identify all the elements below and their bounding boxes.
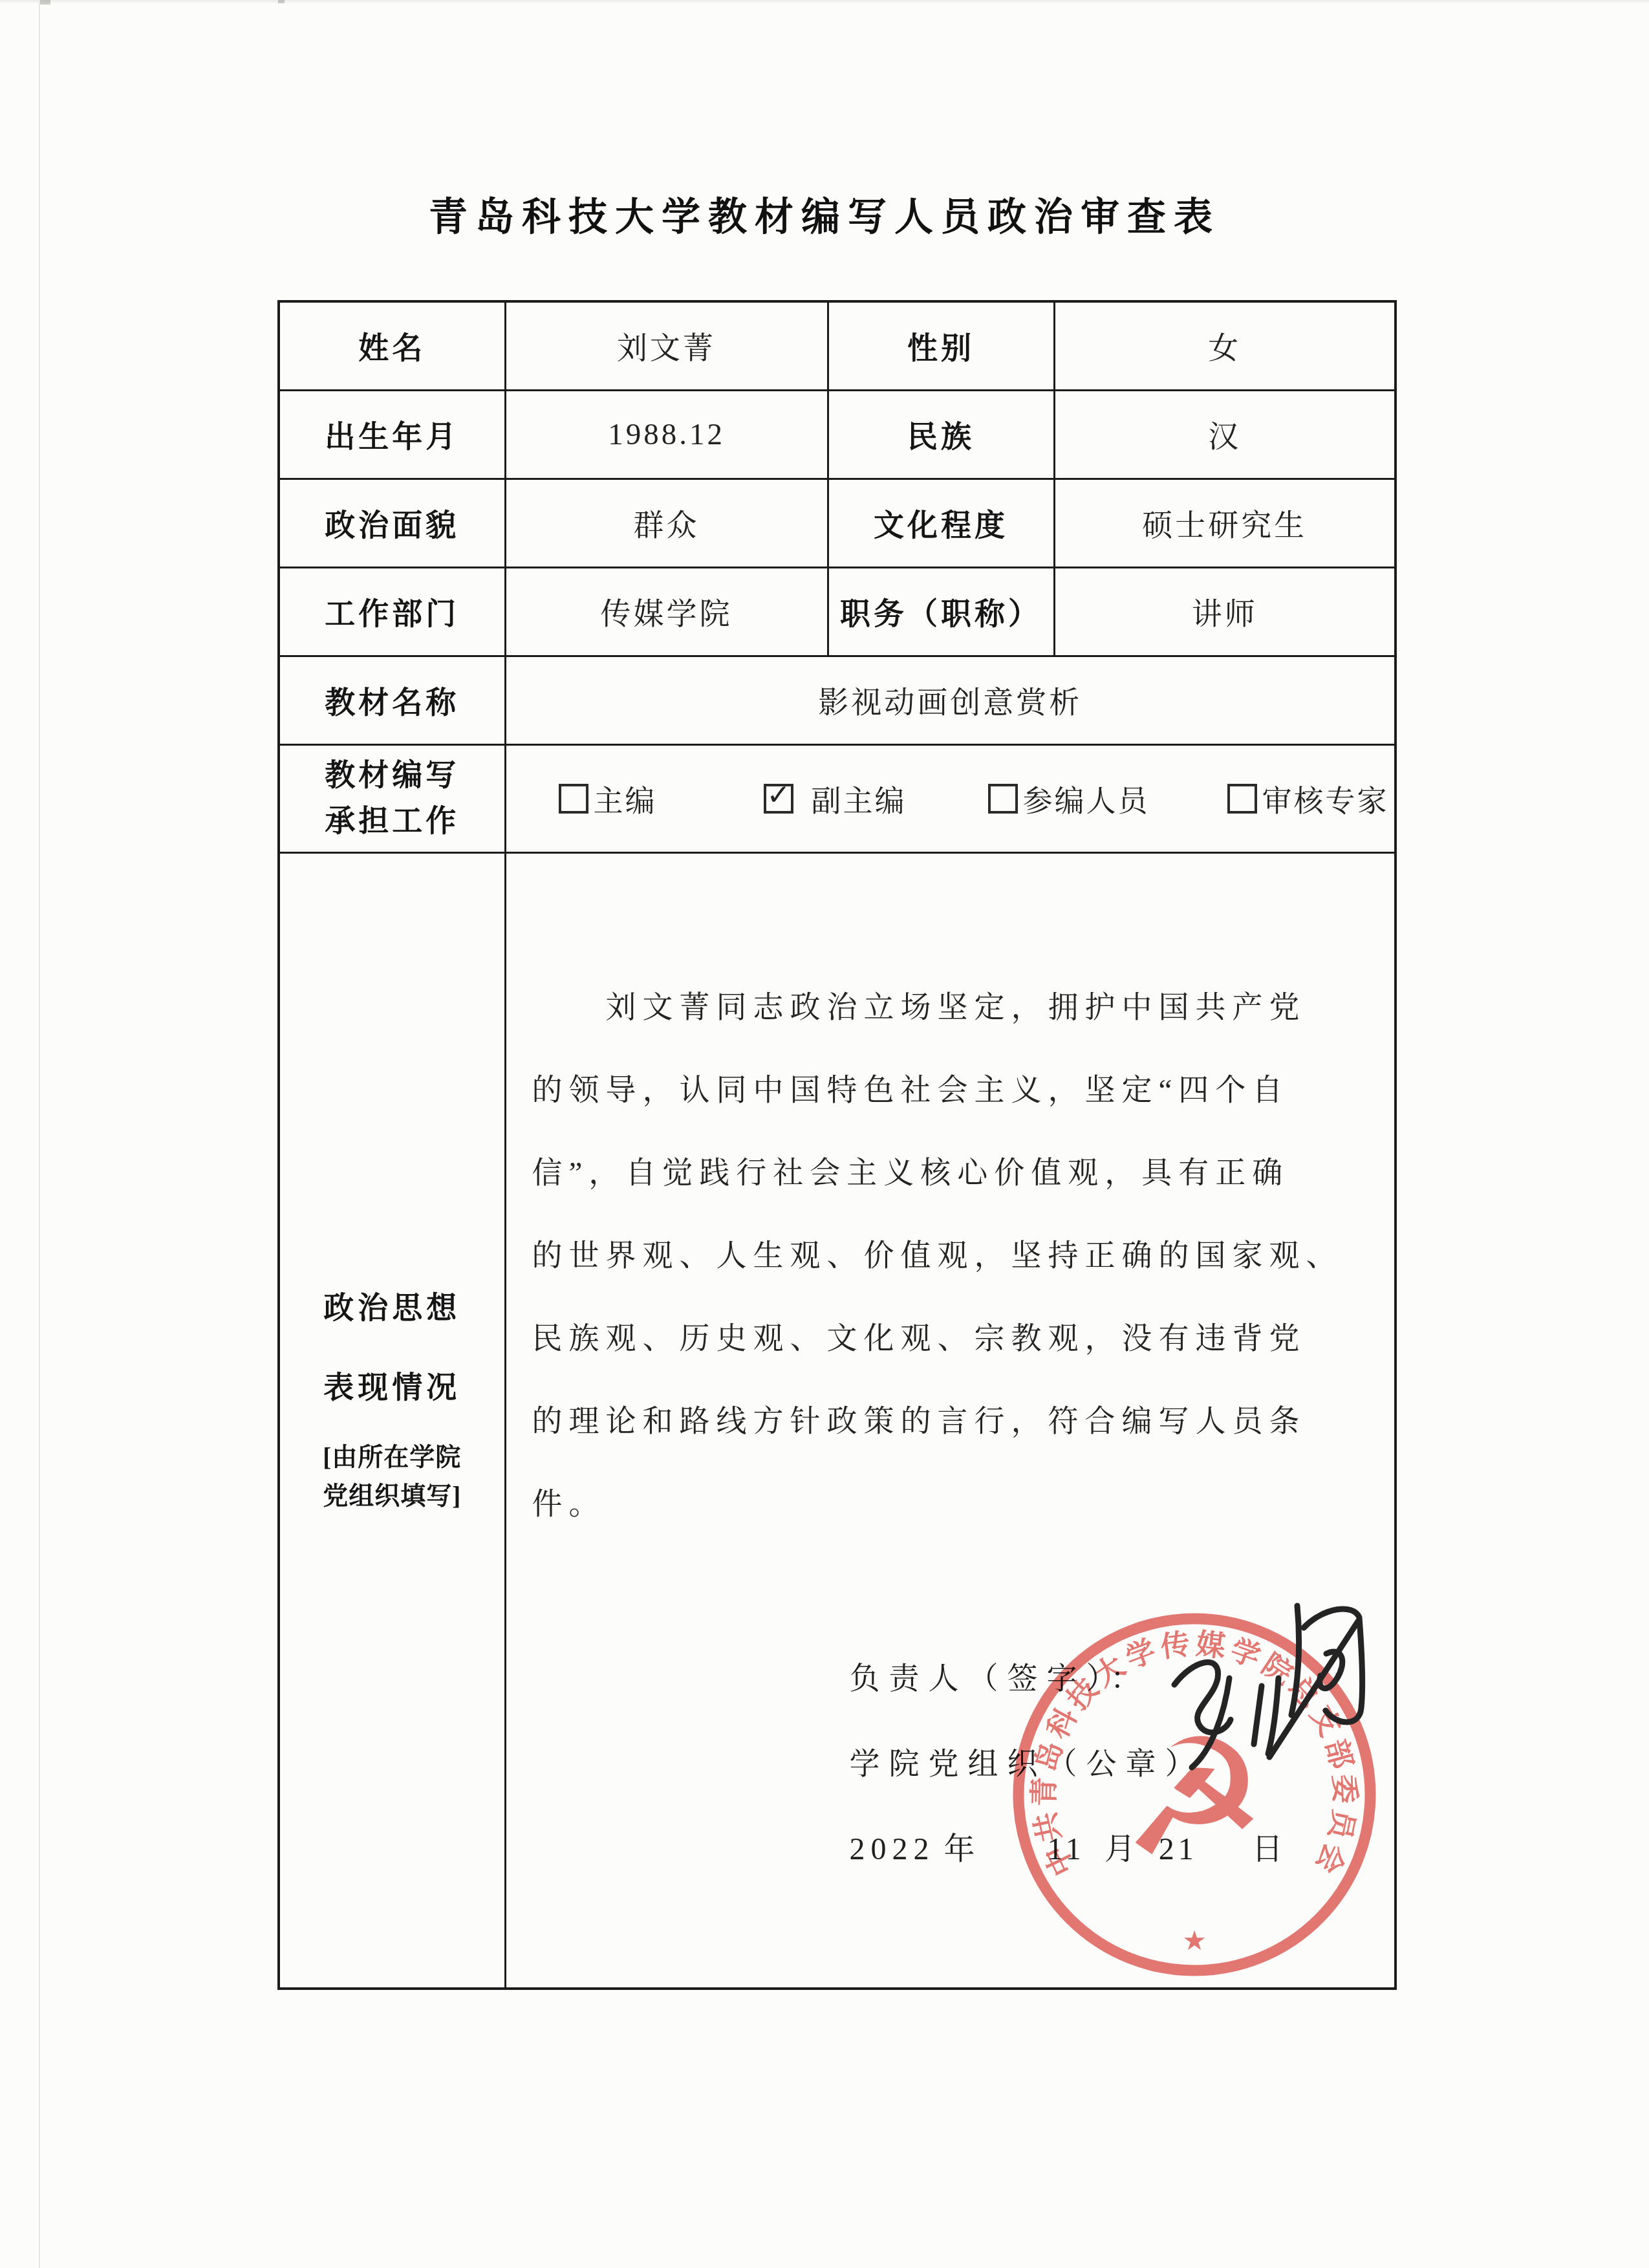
editing-role-label-line1: 教材编写 [280, 753, 504, 799]
field-label-birthdate: 出生年月 [279, 390, 505, 479]
political-label-line2: 表现情况 [280, 1363, 504, 1407]
role-option-label: 参编人员 [1023, 777, 1150, 820]
field-label-job-title: 职务（职称） [828, 567, 1054, 656]
field-label-textbook: 教材名称 [279, 656, 505, 744]
field-label-ethnicity: 民族 [828, 390, 1054, 479]
field-value-ethnicity: 汉 [1054, 390, 1396, 479]
field-label-gender: 性别 [828, 301, 1054, 390]
field-value-job-title: 讲师 [1054, 567, 1396, 656]
role-option-chief-editor: 主编 [559, 777, 657, 820]
table-row-department-title: 工作部门 传媒学院 职务（职称） 讲师 [279, 567, 1396, 656]
editing-role-options: 主编 ✓ 副主编 参编人员 审核专家 [505, 744, 1396, 852]
role-option-review-expert: 审核专家 [1227, 777, 1389, 820]
field-label-political-review: 政治思想 表现情况 [由所在学院 党组织填写] [279, 852, 505, 1989]
role-option-contributor: 参编人员 [988, 777, 1150, 820]
role-option-deputy-editor: ✓ 副主编 [764, 777, 907, 820]
political-label-note-line1: [由所在学院 [280, 1437, 504, 1473]
scan-speck [40, 0, 50, 5]
political-review-content: 刘文菁同志政治立场坚定，拥护中国共产党 的领导，认同中国特色社会主义，坚定“四个… [505, 852, 1396, 1989]
review-form-table: 姓名 刘文菁 性别 女 出生年月 1988.12 民族 汉 政治面貌 群众 文化… [277, 300, 1397, 1990]
scan-speck [278, 0, 285, 3]
page-title: 青岛科技大学教材编写人员政治审查表 [0, 186, 1649, 242]
signature-stroke [1254, 1686, 1262, 1744]
role-option-label: 主编 [594, 777, 657, 820]
role-option-label: 副主编 [812, 777, 907, 820]
signature-stroke [1291, 1606, 1299, 1715]
role-option-label: 审核专家 [1262, 777, 1389, 820]
checkbox-unchecked-icon [1227, 784, 1257, 814]
table-row-political-review: 政治思想 表现情况 [由所在学院 党组织填写] 刘文菁同志政治立场坚定，拥护中国… [279, 852, 1396, 1989]
field-value-birthdate: 1988.12 [505, 390, 828, 479]
field-label-department: 工作部门 [279, 567, 505, 656]
field-value-textbook: 影视动画创意赏析 [505, 656, 1396, 744]
checkbox-unchecked-icon [988, 784, 1018, 814]
table-row-birth-ethnic: 出生年月 1988.12 民族 汉 [279, 390, 1396, 479]
field-label-political-status: 政治面貌 [279, 479, 505, 567]
political-label-line1: 政治思想 [280, 1284, 504, 1327]
field-value-gender: 女 [1054, 301, 1396, 390]
checkbox-unchecked-icon [559, 784, 588, 814]
scan-top-shadow [0, 0, 1649, 4]
field-value-name: 刘文菁 [505, 301, 828, 390]
scan-paper-edge [39, 0, 40, 2268]
field-label-education: 文化程度 [828, 479, 1054, 567]
table-row-editing-role: 教材编写 承担工作 主编 ✓ 副主编 参编人员 审核专家 [279, 744, 1396, 852]
stamp-star-icon: ★ [1182, 1925, 1207, 1956]
field-value-political-status: 群众 [505, 479, 828, 567]
signature-stroke [1269, 1621, 1358, 1757]
check-mark-icon: ✓ [767, 779, 793, 812]
scanned-document-page: { "page": { "title": "青岛科技大学教材编写人员政治审查表"… [0, 0, 1649, 2268]
handwritten-signature [1165, 1581, 1388, 1785]
editing-role-label-line2: 承担工作 [280, 799, 504, 845]
date-year: 2022 [850, 1832, 935, 1866]
table-row-political-education: 政治面貌 群众 文化程度 硕士研究生 [279, 479, 1396, 567]
political-statement-text: 刘文菁同志政治立场坚定，拥护中国共产党 的领导，认同中国特色社会主义，坚定“四个… [506, 854, 1395, 1546]
table-row-name-gender: 姓名 刘文菁 性别 女 [279, 301, 1396, 390]
field-label-editing-role: 教材编写 承担工作 [279, 744, 505, 852]
table-row-textbook-name: 教材名称 影视动画创意赏析 [279, 656, 1396, 744]
field-label-name: 姓名 [279, 301, 505, 390]
field-value-department: 传媒学院 [505, 567, 828, 656]
date-year-unit: 年 [944, 1832, 975, 1866]
checkbox-checked-icon: ✓ [764, 784, 793, 814]
field-value-education: 硕士研究生 [1054, 479, 1396, 567]
political-label-note-line2: 党组织填写] [280, 1476, 504, 1512]
